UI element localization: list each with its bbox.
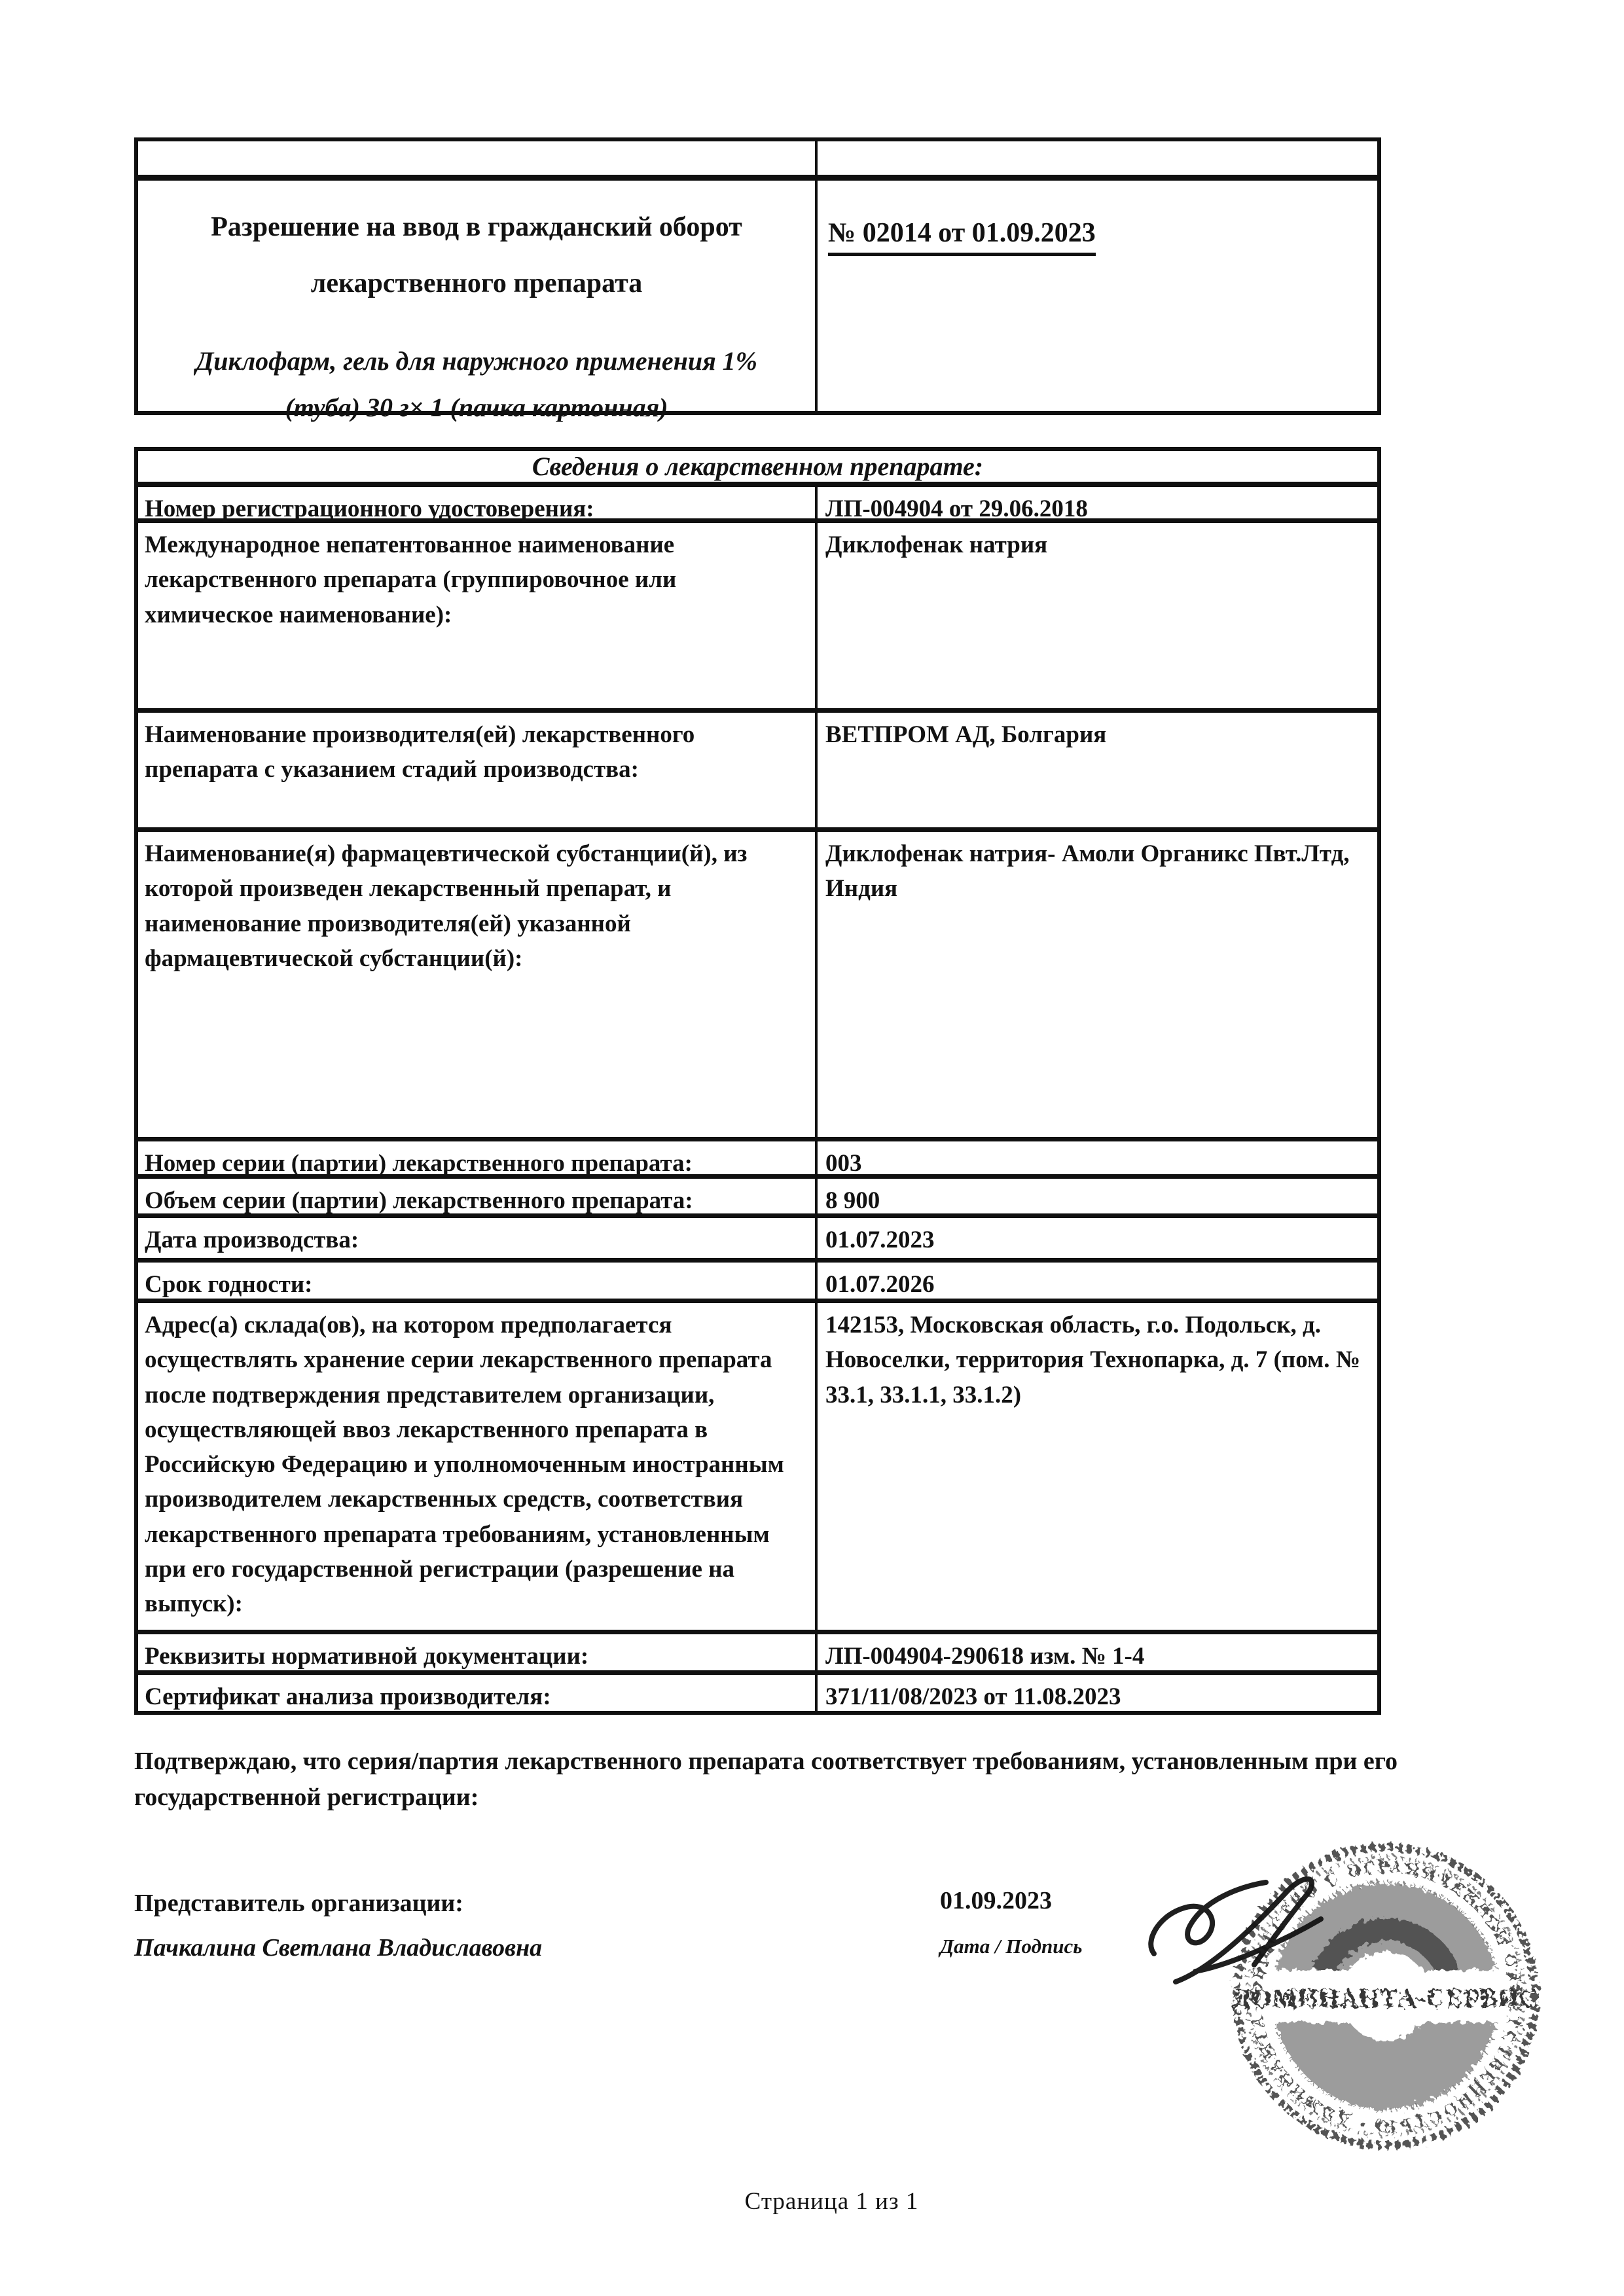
row-value: ЛП-004904 от 29.06.2018 [818, 487, 1377, 518]
product-name: Диклофарм, гель для наружного применения… [138, 338, 815, 431]
table-row: Номер серии (партии) лекарственного преп… [138, 1141, 1377, 1179]
header-table-empty-row [138, 141, 1377, 181]
signature-date: 01.09.2023 [940, 1886, 1052, 1915]
row-label: Адрес(а) склада(ов), на котором предпола… [138, 1303, 818, 1630]
page-number: Страница 1 из 1 [0, 2187, 1624, 2215]
permission-number-cell: № 02014 от 01.09.2023 [818, 181, 1377, 411]
row-label: Объем серии (партии) лекарственного преп… [138, 1179, 818, 1213]
product-name-line1: Диклофарм, гель для наружного применения… [138, 338, 815, 384]
table-row: Объем серии (партии) лекарственного преп… [138, 1179, 1377, 1218]
row-value: 003 [818, 1141, 1377, 1174]
representative-label: Представитель организации: [134, 1889, 463, 1918]
row-value: Диклофенак натрия [818, 523, 1377, 708]
representative-name: Пачкалина Светлана Владиславовна [134, 1933, 542, 1962]
table-row: Наименование(я) фармацевтической субстан… [138, 832, 1377, 1141]
permission-title-cell: Разрешение на ввод в гражданский оборот … [138, 181, 818, 411]
permission-title-line2: лекарственного препарата [138, 255, 815, 312]
drug-info-table: Сведения о лекарственном препарате: Номе… [134, 447, 1381, 1715]
document-page: Разрешение на ввод в гражданский оборот … [0, 0, 1624, 2296]
row-value: 01.07.2023 [818, 1218, 1377, 1258]
row-label: Наименование(я) фармацевтической субстан… [138, 832, 818, 1137]
header-empty-cell-left [138, 141, 818, 175]
row-label: Наименование производителя(ей) лекарстве… [138, 713, 818, 827]
row-label: Сертификат анализа производителя: [138, 1675, 818, 1711]
row-value: 01.07.2026 [818, 1263, 1377, 1299]
permission-title-line1: Разрешение на ввод в гражданский оборот [138, 199, 815, 255]
row-label: Номер серии (партии) лекарственного преп… [138, 1141, 818, 1174]
row-label: Номер регистрационного удостоверения: [138, 487, 818, 518]
row-label: Срок годности: [138, 1263, 818, 1299]
row-label: Реквизиты нормативной документации: [138, 1634, 818, 1670]
row-value: 371/11/08/2023 от 11.08.2023 [818, 1675, 1377, 1711]
row-value: Диклофенак натрия- Амоли Органикс Пвт.Лт… [818, 832, 1377, 1137]
permission-number: № 02014 от 01.09.2023 [828, 217, 1096, 256]
row-value: 8 900 [818, 1179, 1377, 1213]
row-value: 142153, Московская область, г.о. Подольс… [818, 1303, 1377, 1630]
permission-title: Разрешение на ввод в гражданский оборот … [138, 199, 815, 312]
confirmation-statement: Подтверждаю, что серия/партия лекарствен… [134, 1744, 1509, 1816]
company-stamp: ОБЩЕСТВО С ОГРАНИЧЕННОЙ ОТВЕТСТВЕННОСТЬЮ… [1113, 1813, 1571, 2219]
table-row: Наименование производителя(ей) лекарстве… [138, 713, 1377, 832]
table-row: Срок годности: 01.07.2026 [138, 1263, 1377, 1303]
table-row: Сертификат анализа производителя: 371/11… [138, 1675, 1377, 1711]
row-label: Международное непатентованное наименован… [138, 523, 818, 708]
header-table-main-row: Разрешение на ввод в гражданский оборот … [138, 181, 1377, 411]
table-row: Дата производства: 01.07.2023 [138, 1218, 1377, 1263]
table-row: Реквизиты нормативной документации: ЛП-0… [138, 1634, 1377, 1675]
header-empty-cell-right [818, 141, 1377, 175]
stamp-center-text: ДОМИНАНТА-СЕРВИС [1233, 1983, 1539, 2013]
header-table: Разрешение на ввод в гражданский оборот … [134, 137, 1381, 415]
product-name-line2: (туба) 30 г× 1 (пачка картонная) [138, 384, 815, 431]
date-signature-caption: Дата / Подпись [940, 1935, 1082, 1958]
table-row: Международное непатентованное наименован… [138, 523, 1377, 713]
table-row: Адрес(а) склада(ов), на котором предпола… [138, 1303, 1377, 1634]
row-value: ВЕТПРОМ АД, Болгария [818, 713, 1377, 827]
table-row: Номер регистрационного удостоверения: ЛП… [138, 487, 1377, 523]
row-value: ЛП-004904-290618 изм. № 1-4 [818, 1634, 1377, 1670]
row-label: Дата производства: [138, 1218, 818, 1258]
info-table-title: Сведения о лекарственном препарате: [138, 451, 1377, 487]
